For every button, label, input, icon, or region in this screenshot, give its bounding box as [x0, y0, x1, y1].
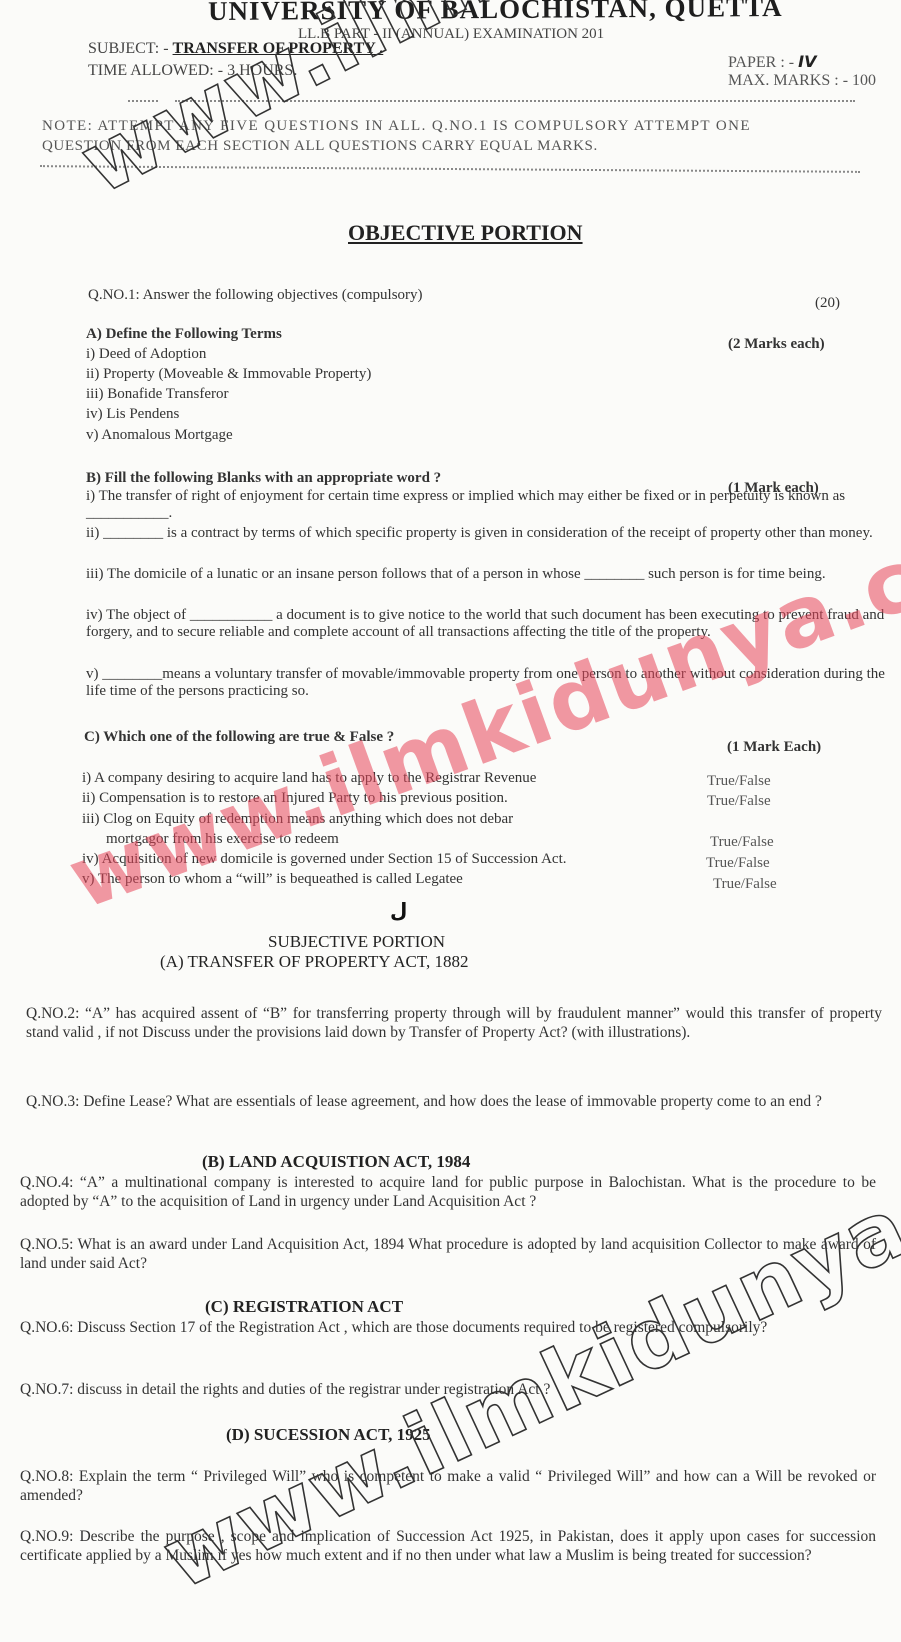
note-line-1: NOTE: ATTEMPT ANY FIVE QUESTIONS IN ALL.…	[42, 118, 751, 135]
seal-mark: ل	[390, 898, 407, 922]
define-term-item: iv) Lis Pendens	[86, 405, 179, 423]
section-c-title: C) Which one of the following are true &…	[84, 728, 394, 746]
fill-blank-item: iii) The domicile of a lunatic or an ins…	[86, 566, 898, 583]
subject-value: TRANSFER OF PROPERTY .	[173, 40, 384, 57]
true-false-statement: ii) Compensation is to restore an Injure…	[82, 789, 508, 807]
section-a-heading: (A) TRANSFER OF PROPERTY ACT, 1882	[160, 952, 469, 972]
section-a-marks: (2 Marks each)	[728, 335, 825, 353]
fill-blank-item: v) ________means a voluntary transfer of…	[86, 666, 898, 700]
dotted-divider	[175, 100, 855, 102]
question-5: Q.NO.5: What is an award under Land Acqu…	[20, 1235, 876, 1273]
section-c-heading: (C) REGISTRATION ACT	[205, 1297, 403, 1317]
question-6: Q.NO.6: Discuss Section 17 of the Regist…	[20, 1318, 876, 1337]
time-allowed: TIME ALLOWED: - 3 HOURS.	[88, 62, 297, 80]
true-false-statement: iv) Acquisition of new domicile is gover…	[82, 850, 567, 868]
question-9: Q.NO.9: Describe the purpose , scope and…	[20, 1527, 876, 1565]
fill-blank-item: i) The transfer of right of enjoyment fo…	[86, 488, 898, 522]
section-d-heading: (D) SUCESSION ACT, 1925	[226, 1425, 431, 1445]
define-term-item: v) Anomalous Mortgage	[86, 426, 233, 444]
question-1-marks: (20)	[815, 294, 840, 312]
true-false-answer: True/False	[713, 876, 777, 893]
exam-paper: UNIVERSITY OF BALOCHISTAN, QUETTA LL.B P…	[0, 0, 901, 1642]
true-false-answer: True/False	[707, 773, 771, 790]
dotted-divider	[40, 165, 860, 173]
section-a-title: A) Define the Following Terms	[86, 325, 282, 343]
true-false-statement: i) A company desiring to acquire land ha…	[82, 769, 536, 787]
objective-portion-title: OBJECTIVE PORTION	[348, 220, 583, 246]
question-2: Q.NO.2: “A” has acquired assent of “B” f…	[26, 1004, 882, 1042]
paper-value: IV	[798, 52, 816, 71]
section-b-heading: (B) LAND ACQUISTION ACT, 1984	[202, 1152, 470, 1172]
section-c-marks: (1 Mark Each)	[727, 738, 821, 756]
true-false-answer: True/False	[707, 793, 771, 810]
question-7: Q.NO.7: discuss in detail the rights and…	[20, 1380, 876, 1399]
define-term-item: iii) Bonafide Transferor	[86, 385, 228, 403]
subject-label: SUBJECT: -	[88, 40, 169, 57]
true-false-statement: v) The person to whom a “will” is bequea…	[82, 870, 463, 888]
university-title: UNIVERSITY OF BALOCHISTAN, QUETTA	[208, 0, 783, 27]
define-term-item: i) Deed of Adoption	[86, 345, 206, 363]
question-8: Q.NO.8: Explain the term “ Privileged Wi…	[20, 1467, 876, 1505]
true-false-statement: iii) Clog on Equity of redemption means …	[82, 810, 513, 828]
question-3: Q.NO.3: Define Lease? What are essential…	[26, 1092, 882, 1111]
dotted-divider	[128, 100, 158, 102]
subjective-portion-title: SUBJECTIVE PORTION	[268, 932, 445, 952]
question-1: Q.NO.1: Answer the following objectives …	[88, 286, 423, 304]
max-marks: MAX. MARKS : - 100	[728, 72, 876, 90]
fill-blank-item: ii) ________ is a contract by terms of w…	[86, 525, 898, 542]
true-false-continuation: mortgagor from his exercise to redeem	[106, 830, 339, 848]
section-b-title: B) Fill the following Blanks with an app…	[86, 469, 441, 487]
question-4: Q.NO.4: “A” a multinational company is i…	[20, 1173, 876, 1211]
paper-label: PAPER : -	[728, 54, 794, 71]
note-line-2: QUESTION FROM EACH SECTION ALL QUESTIONS…	[42, 138, 598, 155]
true-false-answer: True/False	[706, 855, 770, 872]
fill-blank-item: iv) The object of ___________ a document…	[86, 607, 898, 641]
true-false-answer: True/False	[710, 834, 774, 851]
subject-line: SUBJECT: - TRANSFER OF PROPERTY .	[88, 40, 383, 58]
paper-number: PAPER : - IV	[728, 52, 816, 72]
define-term-item: ii) Property (Moveable & Immovable Prope…	[86, 365, 371, 383]
